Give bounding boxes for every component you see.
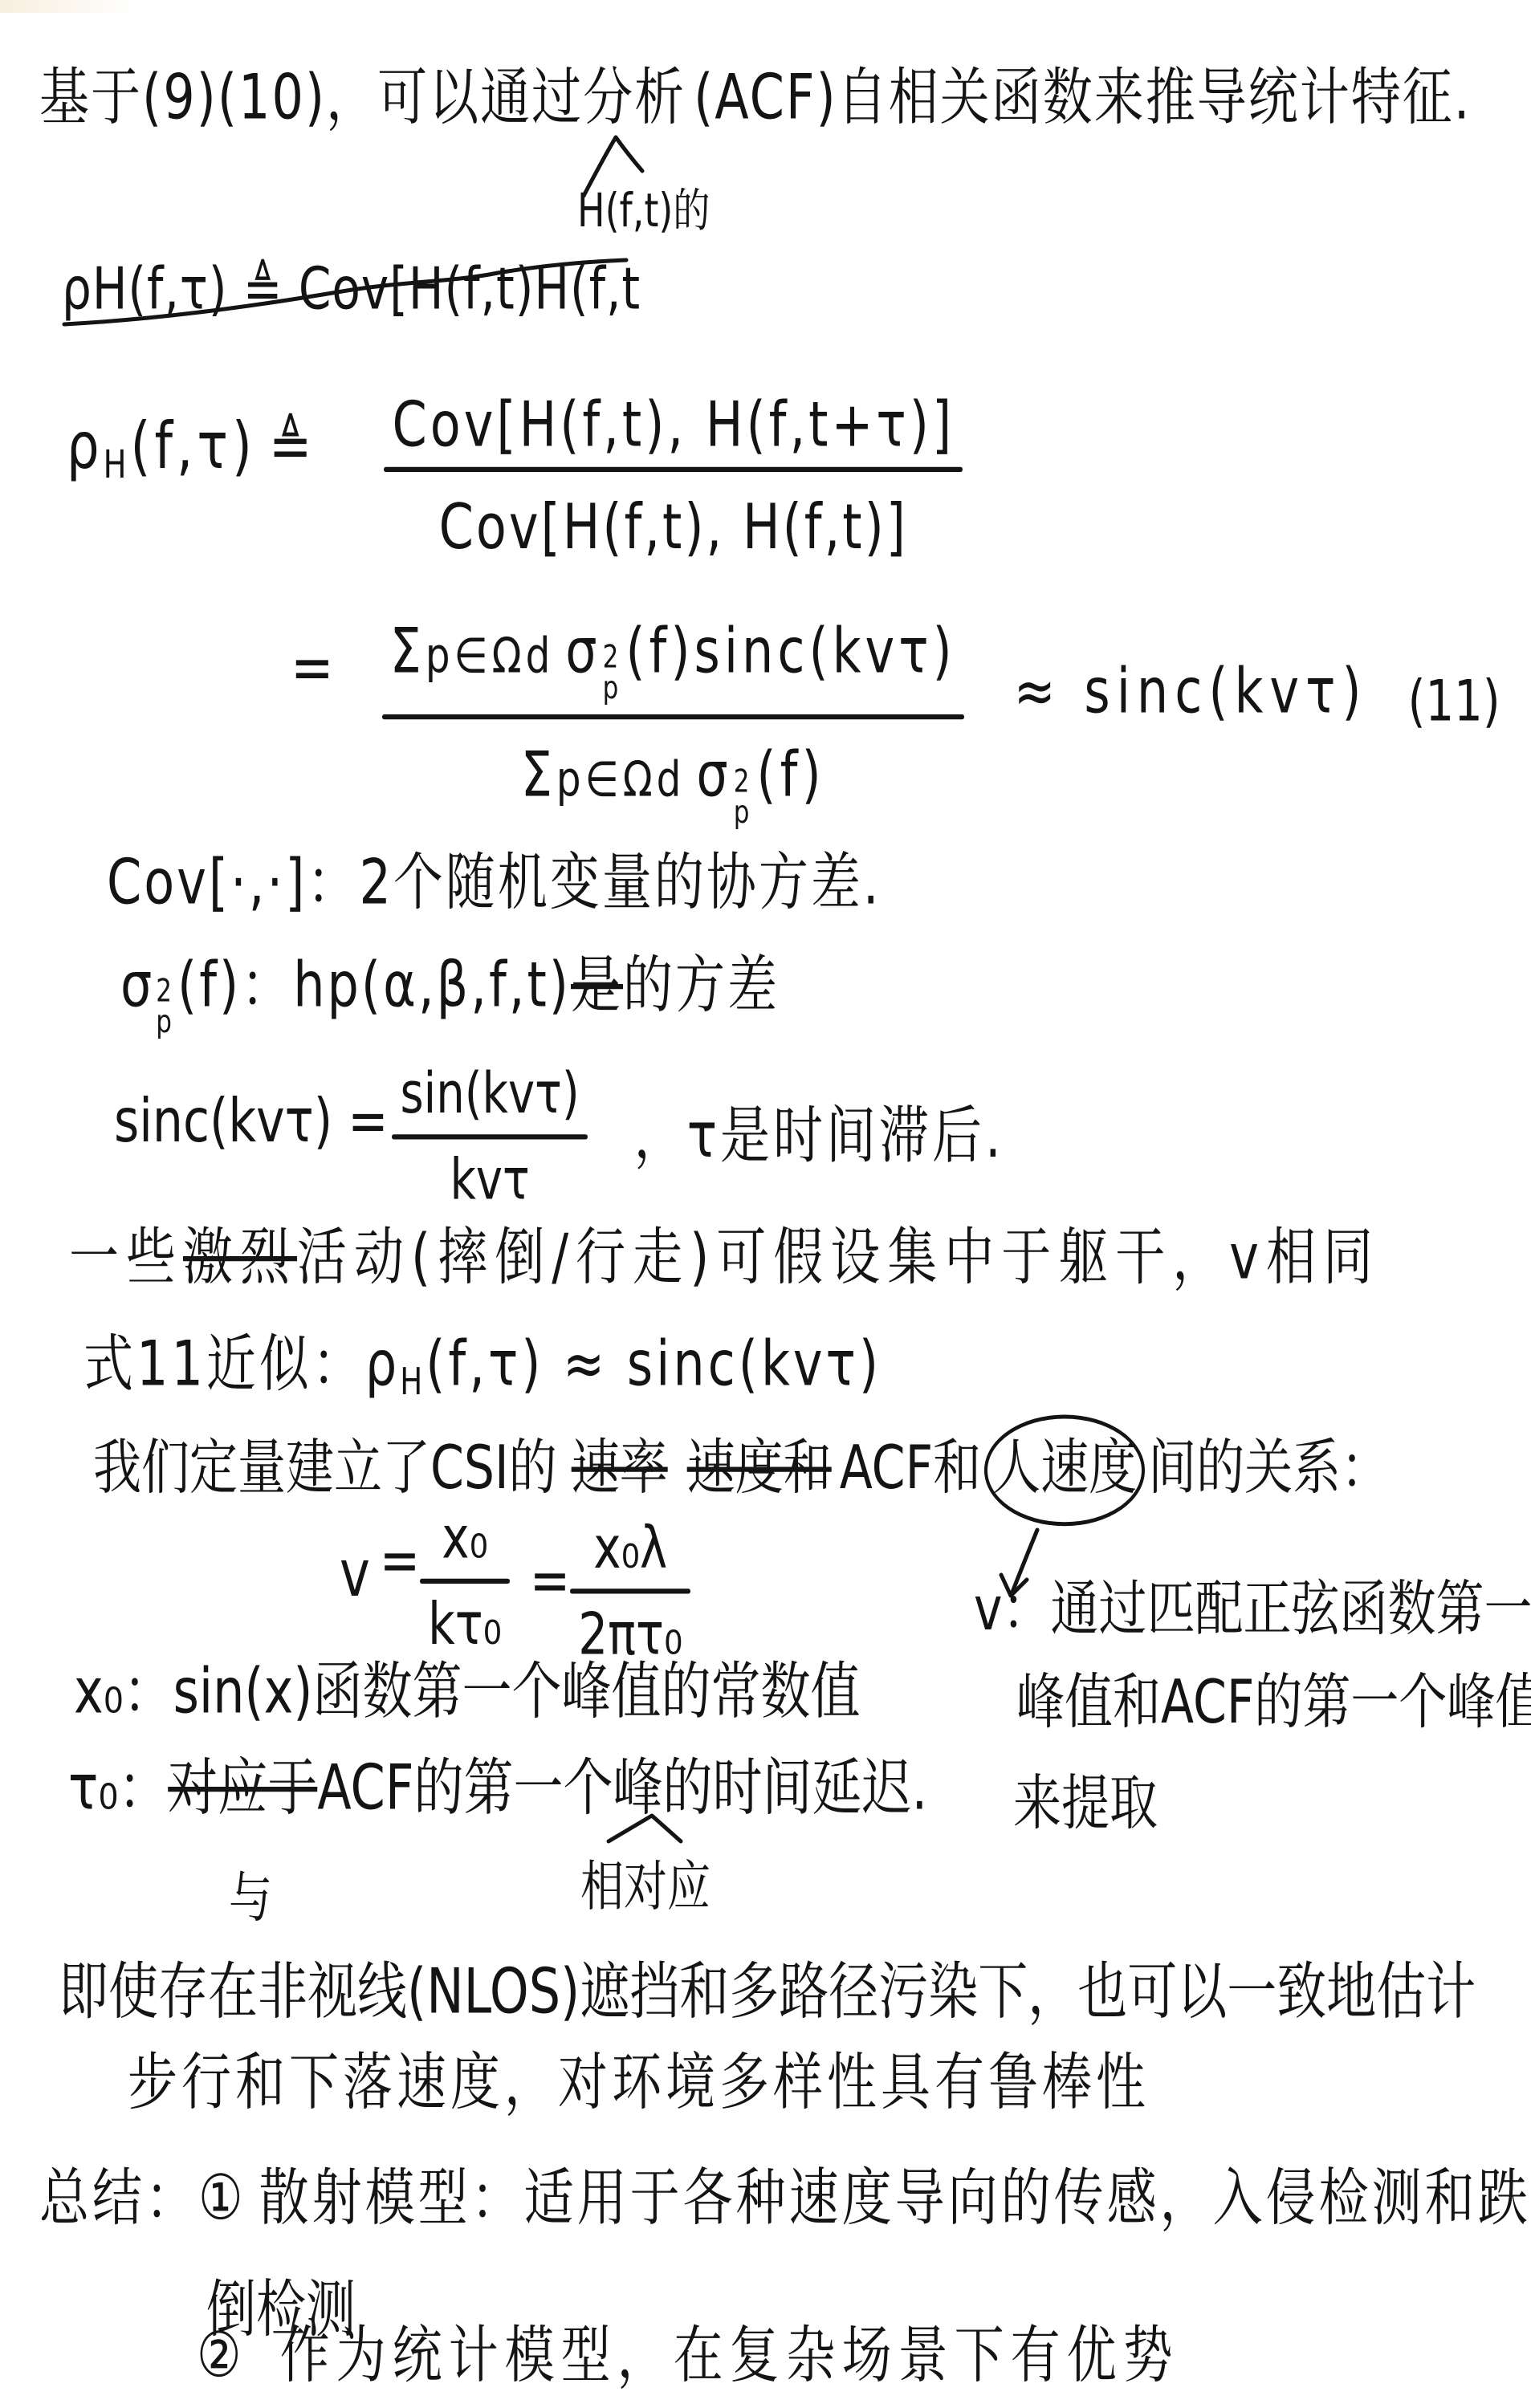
summary-item-1-marker: ① xyxy=(198,2161,246,2234)
sinc-numerator: sin(kvτ) xyxy=(392,1065,587,1134)
acf-lhs: ρH(f,τ)≜ xyxy=(67,414,316,486)
x0-colon: ： xyxy=(124,1654,173,1727)
equation-number: (11) xyxy=(1408,673,1500,732)
sigma-superscript: 2 xyxy=(156,976,174,1007)
intro-insertion: H(f,t)的 xyxy=(577,186,710,234)
assumption-after: 活动(摔倒/行走)可假设集中于躯干，v相同 xyxy=(297,1220,1380,1293)
sigma-superscript: 2 xyxy=(603,642,623,673)
x0-term: x₀ xyxy=(74,1654,124,1727)
acf-definition-formula: ρH(f,τ)≜ Cov[H(f,t), H(f,t+τ)] Cov[H(f,t… xyxy=(67,392,963,559)
struck-word: 速率 xyxy=(572,1433,668,1503)
cov-description: 2个随机变量的协方差. xyxy=(359,845,881,918)
velocity-fraction-2: x₀λ 2πτ₀ xyxy=(570,1518,690,1665)
sigma-subscript: p xyxy=(603,673,623,705)
sigma-sup-sub: 2p xyxy=(156,976,174,1039)
velocity-fraction-1: x₀ kτ₀ xyxy=(420,1507,510,1654)
tau0-term: τ₀ xyxy=(68,1751,118,1824)
equals-sign: = xyxy=(291,635,334,702)
assumption-line: 一些激烈活动(摔倒/行走)可假设集中于躯干，v相同 xyxy=(69,1224,1380,1289)
fraction-1-denominator: kτ₀ xyxy=(420,1584,510,1655)
summary-line-1: 总结：①散射模型：适用于各种速度导向的传感，入侵检测和跌 xyxy=(39,2165,1531,2230)
rho-subscript: H xyxy=(400,1359,426,1403)
acf-definition-denominator: Cov[H(f,t), H(f,t)] xyxy=(431,472,916,559)
acf-expansion-formula: = Σp∈Ωdσ2p(f)sinc(kvτ) Σp∈Ωdσ2p(f) ≈ sin… xyxy=(291,618,1500,828)
summation-symbol: Σ xyxy=(390,614,426,687)
velocity-symbol: v xyxy=(340,1542,370,1609)
summation-symbol: Σ xyxy=(521,738,556,811)
acf-definition-numerator: Cov[H(f,t), H(f,t+τ)] xyxy=(384,392,963,467)
sigma-sup-sub: 2p xyxy=(603,642,623,705)
insertion-yu: 与 xyxy=(229,1870,272,1927)
cov-definition: Cov[·,·]：2个随机变量的协方差. xyxy=(107,849,882,914)
sinc-fraction: sin(kvτ) kvτ xyxy=(392,1065,587,1210)
tau0-colon: ： xyxy=(118,1751,168,1824)
rho-args: (f,τ) xyxy=(131,410,256,485)
numerator-rest: (f)sinc(kvτ) xyxy=(625,614,955,687)
sigma-subscript: p xyxy=(734,797,754,828)
robustness-line-1: 即使存在非视线(NLOS)遮挡和多路径污染下，也可以一致地估计 xyxy=(59,1959,1476,2024)
summary-label: 总结： xyxy=(39,2161,198,2234)
velocity-formula: v = x₀ kτ₀ = x₀λ 2πτ₀ xyxy=(340,1507,690,1665)
circled-human-speed: 人速度 xyxy=(984,1415,1145,1527)
sigma-symbol: σ xyxy=(696,738,731,811)
rho-symbol: ρ xyxy=(365,1327,400,1400)
insertion-corresponding: 相对应 xyxy=(580,1859,711,1916)
variance-description-b: 的方差 xyxy=(623,948,780,1021)
sinc-description: ，τ是时间滞后. xyxy=(634,1102,1004,1167)
fraction-1-numerator: x₀ xyxy=(434,1507,496,1579)
summary-item-1-text: 散射模型：适用于各种速度导向的传感，入侵检测和跌 xyxy=(259,2161,1531,2234)
defeq-symbol: ≜ xyxy=(269,410,316,485)
struck-formula: ρH(f,τ) ≜ Cov[H(f,t)H(f,t xyxy=(62,258,641,319)
approximation-label: 式11近似： xyxy=(83,1327,365,1400)
summation-index: p∈Ωd xyxy=(426,628,554,685)
sigma-subscript: p xyxy=(156,1007,174,1039)
tau0-description-b: 的时间延迟. xyxy=(663,1751,928,1824)
struck-word: 是 xyxy=(571,948,623,1021)
sinc-definition: sinc(kvτ) = sin(kvτ) kvτ ，τ是时间滞后. xyxy=(114,1065,1004,1210)
struck-word: 速度和 xyxy=(687,1433,832,1503)
sigma-args: (f) xyxy=(177,948,241,1021)
sinc-approximation: ≈ sinc(kvτ) xyxy=(1014,658,1368,723)
rho-symbol: ρ xyxy=(67,410,104,485)
intro-text-after-caret: (ACF)自相关函数来推导统计特征. xyxy=(694,60,1471,133)
velocity-note-line-3: 来提取 xyxy=(1013,1772,1158,1836)
acf-expansion-denominator: Σp∈Ωdσ2p(f) xyxy=(513,720,833,828)
sigma-sup-sub: 2p xyxy=(734,767,754,829)
velocity-note-line-2: 峰值和ACF的第一个峰值 xyxy=(1016,1671,1531,1735)
approximation-line: 式11近似：ρH(f,τ) ≈ sinc(kvτ) xyxy=(83,1331,882,1401)
intro-line: 基于(9)(10)，可以通过分析(ACF)自相关函数来推导统计特征. xyxy=(39,64,1471,129)
intro-text-before-caret: 基于(9)(10)，可以通过分析 xyxy=(39,60,686,133)
summary-item-2-marker: ② xyxy=(197,2318,248,2391)
x0-description: sin(x)函数第一个峰值的常数值 xyxy=(173,1654,861,1727)
sigma-symbol: σ xyxy=(565,614,601,687)
velocity-note-line-1: v：通过匹配正弦函数第一个 xyxy=(974,1578,1531,1641)
variance-colon: ： xyxy=(241,948,293,1021)
x0-definition: x₀：sin(x)函数第一个峰值的常数值 xyxy=(74,1658,860,1723)
struck-word: 激烈 xyxy=(183,1220,297,1293)
summary-item-2-text: 作为统计模型，在复杂场景下有优势 xyxy=(280,2318,1179,2391)
equals-sign: = xyxy=(530,1550,570,1613)
acf-expansion-fraction: Σp∈Ωdσ2p(f)sinc(kvτ) Σp∈Ωdσ2p(f) xyxy=(382,618,964,828)
struck-word: 对应于 xyxy=(168,1751,317,1824)
relation-middle: ACF和 xyxy=(840,1433,981,1503)
relation-before: 我们定量建立了CSI的 xyxy=(93,1433,557,1503)
rho-subscript: H xyxy=(104,442,131,487)
summation-index: p∈Ωd xyxy=(556,752,685,808)
sigma-superscript: 2 xyxy=(734,767,754,798)
relation-line: 我们定量建立了CSI的速率速度和ACF和人速度间的关系： xyxy=(93,1437,1389,1500)
acf-expansion-numerator: Σp∈Ωdσ2p(f)sinc(kvτ) xyxy=(382,618,964,714)
approximation-rest: (f,τ) ≈ sinc(kvτ) xyxy=(426,1327,882,1400)
fraction-2-numerator: x₀λ xyxy=(585,1518,675,1589)
handwritten-note-page: 基于(9)(10)，可以通过分析(ACF)自相关函数来推导统计特征. H(f,t… xyxy=(0,0,1531,2408)
assumption-before: 一些 xyxy=(69,1220,183,1293)
equals-sign: = xyxy=(380,1530,420,1593)
sinc-lhs: sinc(kvτ) = xyxy=(114,1090,388,1153)
variance-definition: σ2p(f)：hp(α,β,f,t)是的方差 xyxy=(120,952,780,1039)
paper-corner-tint xyxy=(0,0,136,13)
relation-after: 间的关系： xyxy=(1148,1433,1389,1503)
variance-description-a: hp(α,β,f,t) xyxy=(293,948,571,1021)
acf-definition-fraction: Cov[H(f,t), H(f,t+τ)] Cov[H(f,t), H(f,t)… xyxy=(384,392,963,559)
sinc-denominator: kvτ xyxy=(442,1139,537,1210)
summary-item-2: ②作为统计模型，在复杂场景下有优势 xyxy=(197,2322,1179,2387)
cov-colon: ： xyxy=(307,845,359,918)
cov-term: Cov[·,·] xyxy=(107,845,307,918)
sigma-symbol: σ xyxy=(120,948,154,1021)
tau0-definition: τ₀：对应于ACF的第一个峰的时间延迟. xyxy=(68,1755,927,1820)
tau0-description-a: ACF的第一个峰 xyxy=(317,1751,662,1824)
denominator-rest: (f) xyxy=(756,738,825,811)
robustness-line-2: 步行和下落速度，对环境多样性具有鲁棒性 xyxy=(128,2049,1150,2114)
